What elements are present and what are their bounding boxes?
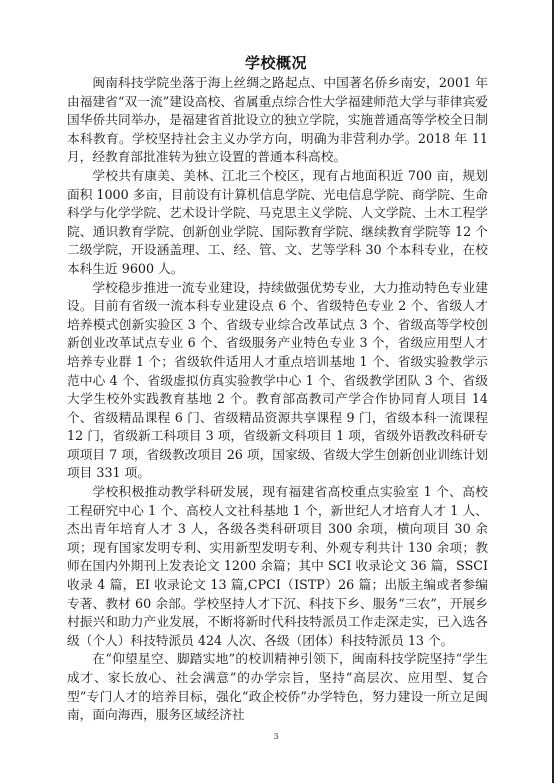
- paragraph-intro: 闽南科技学院坐落于海上丝绸之路起点、中国著名侨乡南安，2001 年由福建省“双一…: [67, 74, 488, 167]
- page-number: 3: [0, 732, 552, 741]
- page-title: 学校概况: [0, 52, 552, 73]
- document-page: 学校概况 闽南科技学院坐落于海上丝绸之路起点、中国著名侨乡南安，2001 年由福…: [0, 0, 554, 783]
- document-body: 闽南科技学院坐落于海上丝绸之路起点、中国著名侨乡南安，2001 年由福建省“双一…: [67, 74, 488, 725]
- paragraph-campus: 学校共有康美、美林、江北三个校区，现有占地面积近 700 亩，规划面积 1000…: [67, 167, 488, 279]
- paragraph-motto: 在“仰望星空、脚踏实地”的校训精神引领下，闽南科技学院坚持“学生成才、家长放心、…: [67, 650, 488, 724]
- paragraph-research: 学校积极推动教学科研发展，现有福建省高校重点实验室 1 个、高校工程研究中心 1…: [67, 483, 488, 650]
- paragraph-majors: 学校稳步推进一流专业建设，持续做强优势专业，大力推动特色专业建设。目前有省级一流…: [67, 279, 488, 484]
